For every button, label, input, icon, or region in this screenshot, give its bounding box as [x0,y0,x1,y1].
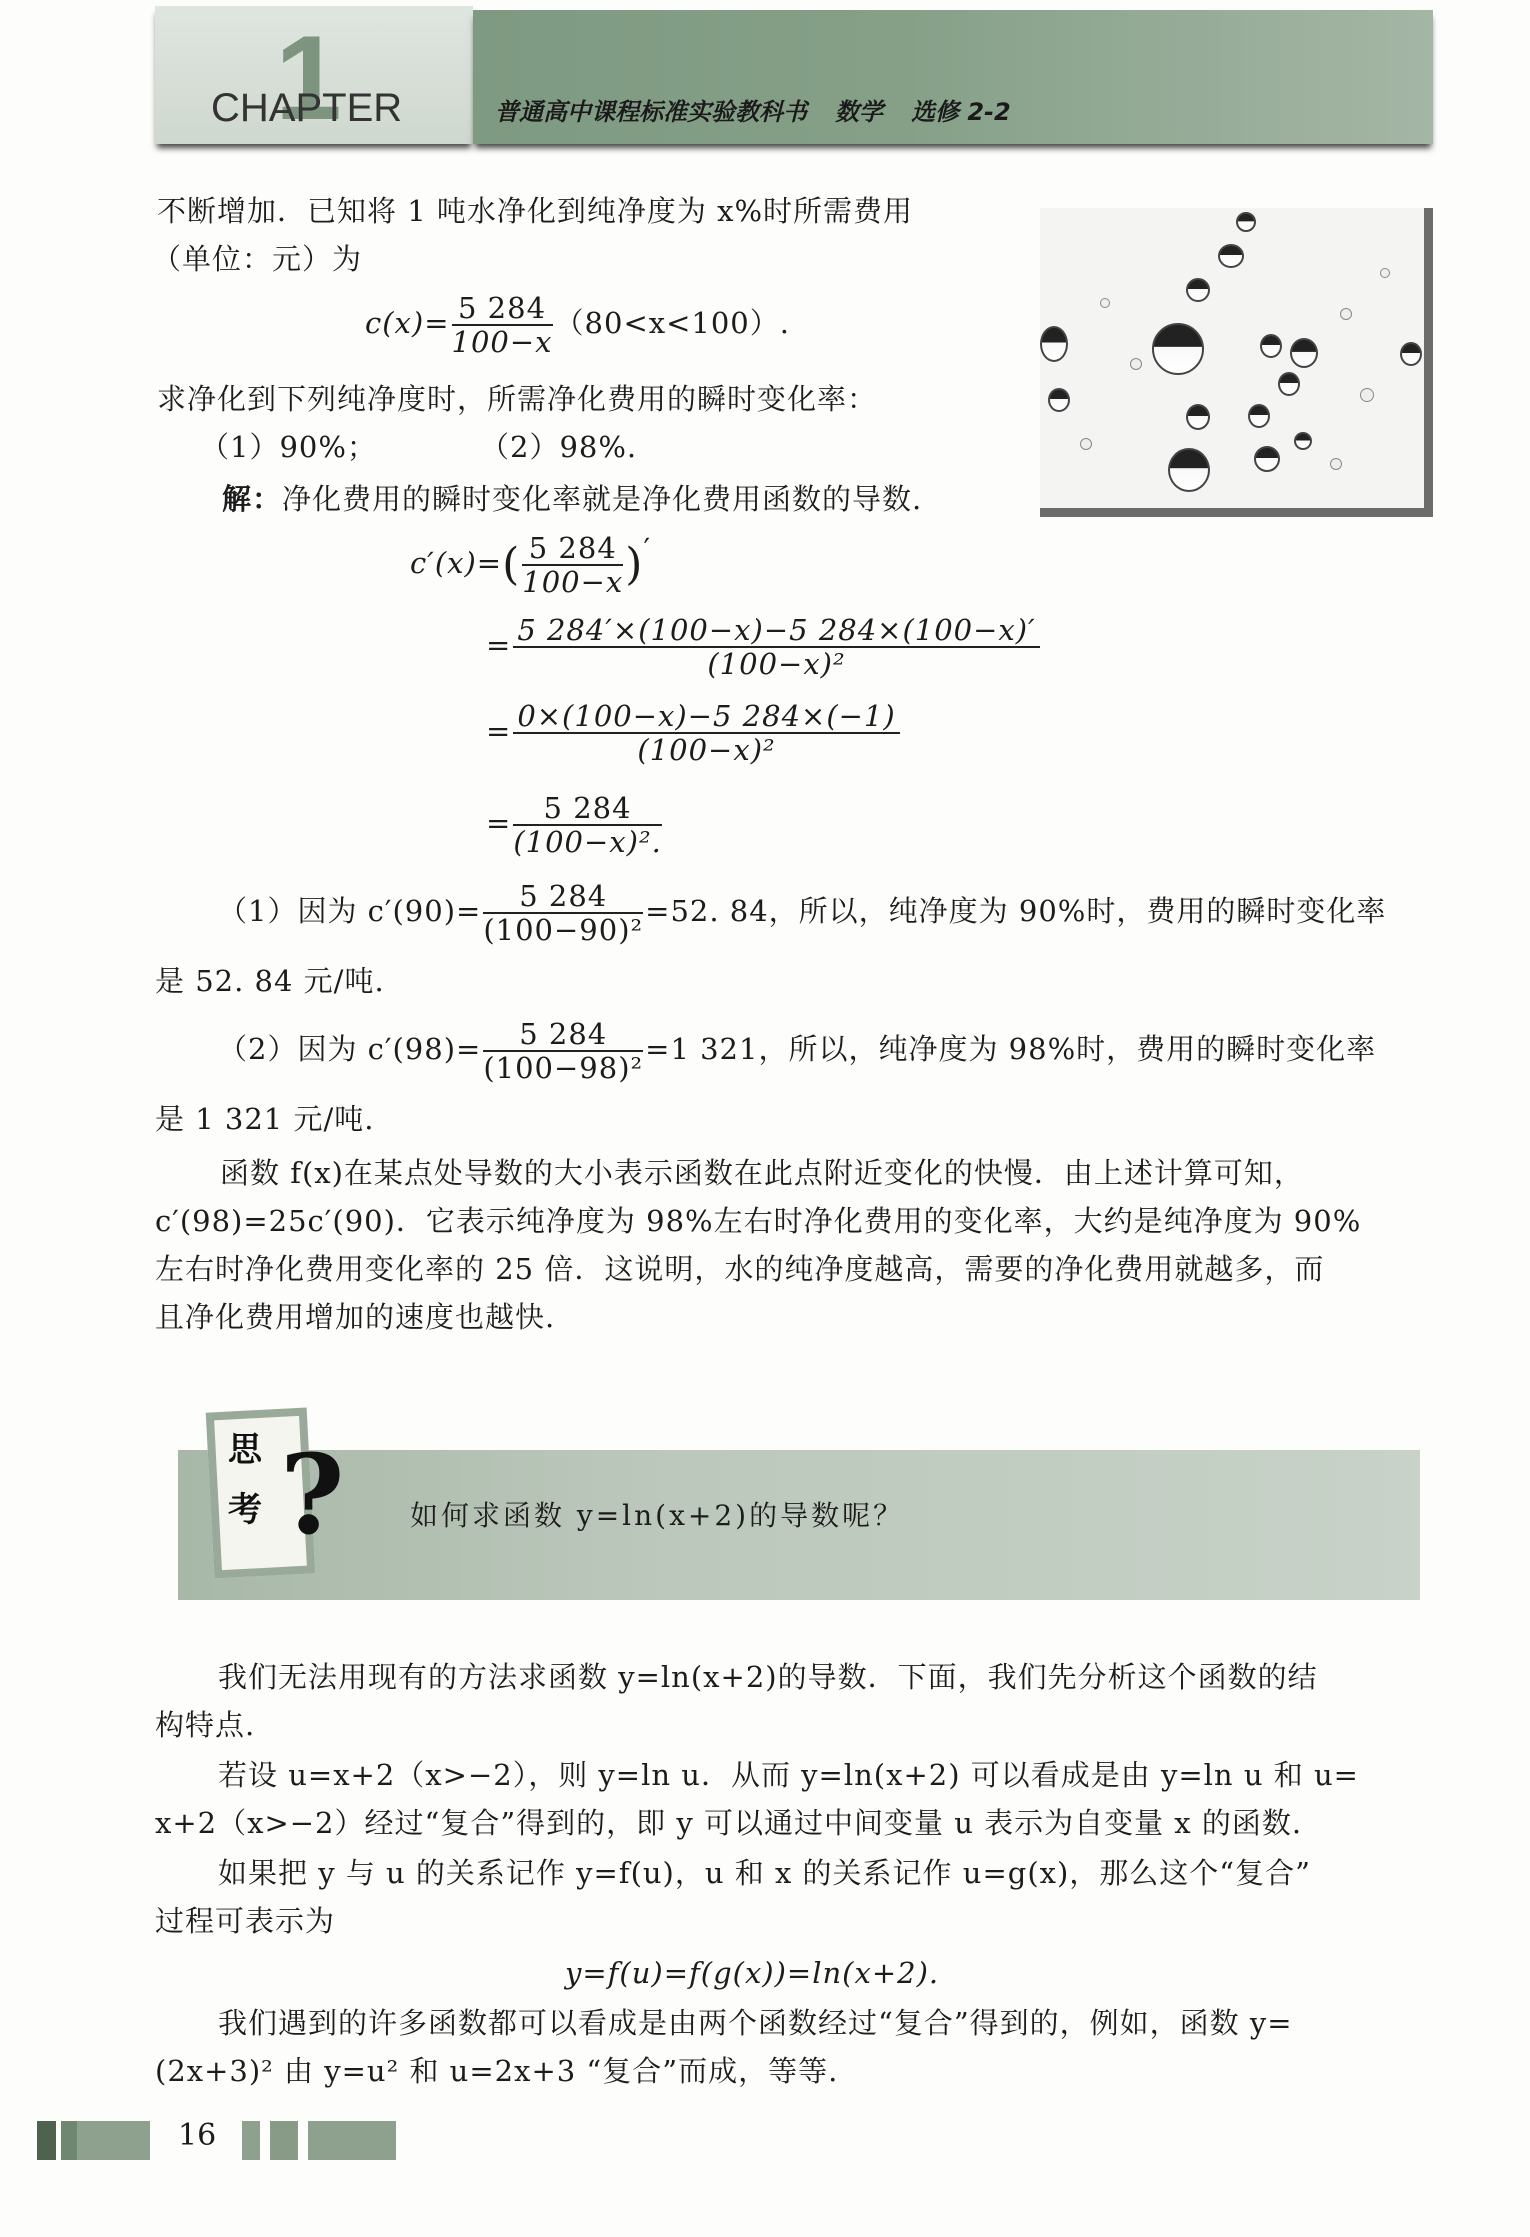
droplet [1186,278,1210,302]
droplet [1048,388,1070,412]
question-item-1: （1）90%； [200,430,377,464]
droplet [1254,446,1280,472]
think-icon: 思 考 ? [200,1400,330,1575]
composite-p4-line-1: 我们遇到的许多函数都可以看成是由两个函数经过“复合”得到的，例如，函数 y= [218,2006,1293,2040]
droplet [1218,244,1244,268]
book-series: 普通高中课程标准实验教科书 [495,98,807,126]
composite-formula: y=f(u)=f(g(x))=ln(x+2). [565,1956,939,1990]
solution-label: 解： [222,482,282,516]
composite-p4-line-2: (2x+3)² 由 y=u² 和 u=2x+3 “复合”而成，等等. [155,2054,838,2088]
book-volume: 选修 2-2 [911,98,1011,126]
composite-p1-line-2: 构特点. [155,1708,255,1742]
droplet [1290,338,1318,368]
think-char-1: 思 [228,1422,262,1471]
conclusion-line-3: 左右时净化费用变化率的 25 倍．这说明，水的纯净度越高，需要的净化费用就越多，… [155,1252,1324,1286]
droplet [1278,372,1300,396]
answer-2-line-2: 是 1 321 元/吨. [155,1102,374,1136]
footer-bar [77,2121,150,2160]
footer-bar [61,2121,77,2160]
composite-p2-line-2: x+2（x>−2）经过“复合”得到的，即 y 可以通过中间变量 u 表示为自变量… [155,1806,1302,1840]
book-subject: 数学 [835,98,883,126]
conclusion-line-2: c′(98)=25c′(90)．它表示纯净度为 98%左右时净化费用的变化率，大… [155,1204,1361,1238]
think-question: 如何求函数 y=ln(x+2)的导数呢？ [410,1494,904,1534]
chapter-badge: 1 CHAPTER [155,6,473,144]
droplet [1236,212,1256,232]
book-title: 普通高中课程标准实验教科书数学选修 2-2 [495,92,1039,127]
composite-p3-line-2: 过程可表示为 [155,1904,335,1938]
water-droplets-photo [1040,208,1433,517]
think-char-2: 考 [228,1482,262,1531]
derivative-step-0: c′(x)=(5 284100−x)′ [410,532,651,598]
composite-p3-line-1: 如果把 y 与 u 的关系记作 y=f(u)，u 和 x 的关系记作 u=g(x… [218,1856,1311,1890]
droplet [1294,432,1312,450]
derivative-step-2: =0×(100−x)−5 284×(−1)(100−x)² [486,700,902,766]
droplet [1168,448,1210,492]
footer-bar [270,2121,298,2160]
derivative-step-3: =5 284(100−x)². [486,792,664,858]
footer-bar [37,2121,56,2160]
droplet [1152,323,1204,375]
question-text: 求净化到下列纯净度时，所需净化费用的瞬时变化率： [157,382,877,416]
chapter-header: 1 CHAPTER 普通高中课程标准实验教科书数学选修 2-2 [155,6,1433,146]
intro-line-1: 不断增加．已知将 1 吨水净化到纯净度为 x%时所需费用 [157,194,913,228]
footer-bar [308,2121,396,2160]
conclusion-line-1: 函数 f(x)在某点处导数的大小表示函数在此点附近变化的快慢．由上述计算可知， [220,1156,1304,1190]
chapter-label: CHAPTER [211,86,402,131]
conclusion-line-4: 且净化费用增加的速度也越快. [155,1300,555,1334]
droplet [1400,342,1422,366]
question-mark-icon: ? [280,1440,344,1550]
droplet [1186,404,1210,430]
answer-1: （1）因为 c′(90)=5 284(100−90)²=52. 84，所以，纯净… [218,880,1386,946]
droplet [1248,404,1270,428]
droplet [1040,326,1068,362]
footer-bar [242,2121,260,2160]
composite-p1-line-1: 我们无法用现有的方法求函数 y=ln(x+2)的导数．下面，我们先分析这个函数的… [218,1660,1318,1694]
droplet [1260,334,1282,358]
derivative-step-1: =5 284′×(100−x)−5 284×(100−x)′(100−x)² [486,614,1042,680]
page-number: 16 [178,2118,216,2153]
composite-p2-line-1: 若设 u=x+2（x>−2），则 y=ln u．从而 y=ln(x+2) 可以看… [218,1758,1359,1792]
intro-line-2: （单位：元）为 [152,242,362,276]
question-item-2: （2）98%. [480,430,637,464]
solution-intro: 解：净化费用的瞬时变化率就是净化费用函数的导数. [222,482,922,516]
answer-1-line-2: 是 52. 84 元/吨. [155,964,385,998]
cost-formula: c(x)=5 284100−x（80<x<100）. [365,292,790,358]
answer-2: （2）因为 c′(98)=5 284(100−98)²=1 321，所以，纯净度… [218,1018,1376,1084]
